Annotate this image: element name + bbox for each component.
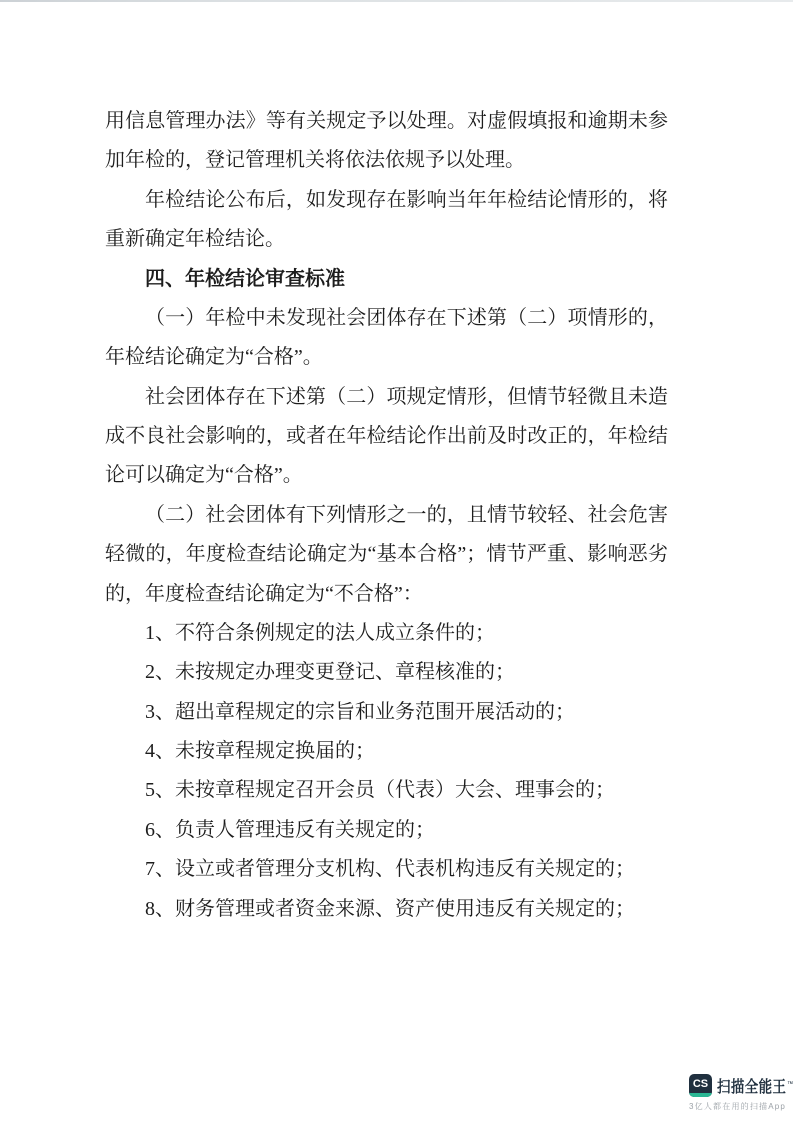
list-item-2: 2、未按规定办理变更登记、章程核准的； (105, 653, 668, 692)
paragraph-clause-2: （二）社会团体有下列情形之一的，且情节较轻、社会危害轻微的，年度检查结论确定为“… (105, 496, 668, 614)
list-item-4: 4、未按章程规定换届的； (105, 732, 668, 771)
paragraph-continuation: 用信息管理办法》等有关规定予以处理。对虚假填报和逾期未参加年检的，登记管理机关将… (105, 102, 668, 181)
brand-name-text: 扫描全能王 (717, 1079, 786, 1096)
list-item-6: 6、负责人管理违反有关规定的； (105, 811, 668, 850)
list-item-1: 1、不符合条例规定的法人成立条件的； (105, 614, 668, 653)
paragraph-clause-1: （一）年检中未发现社会团体存在下述第（二）项情形的，年检结论确定为“合格”。 (105, 299, 668, 378)
heading-section-4: 四、年检结论审查标准 (105, 260, 668, 299)
brand-wordmark: 扫描全能王™ (717, 1074, 793, 1097)
list-item-5: 5、未按章程规定召开会员（代表）大会、理事会的； (105, 771, 668, 810)
camscanner-brand-row: CS 扫描全能王™ (689, 1074, 793, 1097)
camscanner-logo-icon: CS (689, 1074, 712, 1097)
scan-edge-artifact (0, 0, 793, 2)
cs-icon-teal-strip (689, 1093, 712, 1097)
list-item-3: 3、超出章程规定的宗旨和业务范围开展活动的； (105, 693, 668, 732)
paragraph-clause-1-exception: 社会团体存在下述第（二）项规定情形，但情节轻微且未造成不良社会影响的，或者在年检… (105, 378, 668, 496)
list-item-8: 8、财务管理或者资金来源、资产使用违反有关规定的； (105, 890, 668, 929)
paragraph-reconfirm: 年检结论公布后，如发现存在影响当年年检结论情形的，将重新确定年检结论。 (105, 181, 668, 260)
list-item-7: 7、设立或者管理分支机构、代表机构违反有关规定的； (105, 850, 668, 889)
brand-tagline: 3亿人都在用的扫描App (689, 1101, 793, 1112)
document-body: 用信息管理办法》等有关规定予以处理。对虚假填报和逾期未参加年检的，登记管理机关将… (105, 102, 668, 929)
trademark-mark: ™ (787, 1081, 793, 1088)
scanned-document-page: 用信息管理办法》等有关规定予以处理。对虚假填报和逾期未参加年检的，登记管理机关将… (0, 0, 793, 1122)
cs-icon-letters: CS (689, 1074, 712, 1093)
camscanner-watermark: CS 扫描全能王™ 3亿人都在用的扫描App (689, 1074, 793, 1112)
